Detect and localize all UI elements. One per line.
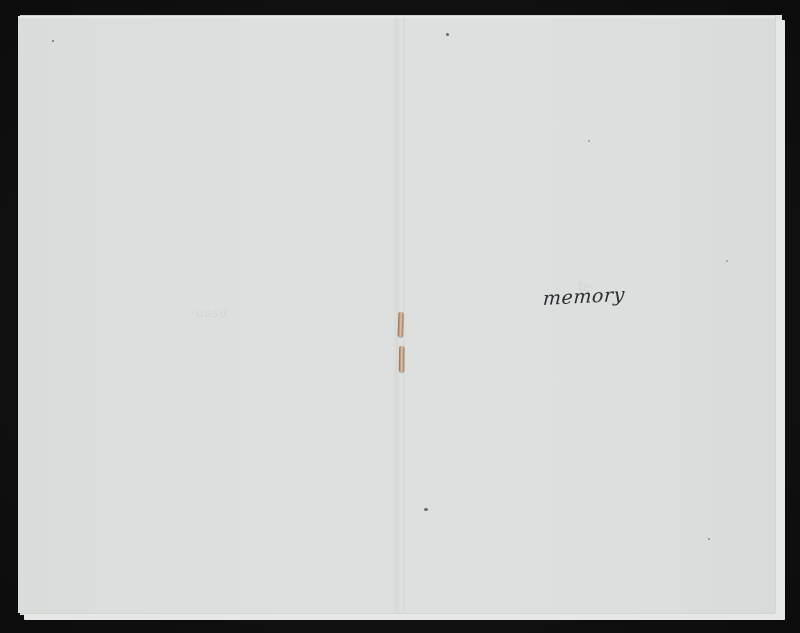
staple-bottom (399, 346, 404, 372)
show-through-text-left: ussu (196, 306, 228, 320)
handwritten-word: memory (542, 284, 625, 310)
paper-speck (52, 40, 54, 42)
paper-speck (588, 140, 590, 142)
paper-speck (708, 538, 710, 540)
open-booklet-spread: ussu fe memory (18, 16, 775, 613)
staple-top (398, 312, 404, 337)
paper-speck (446, 33, 449, 36)
paper-speck (726, 260, 728, 262)
paper-speck (424, 508, 428, 511)
